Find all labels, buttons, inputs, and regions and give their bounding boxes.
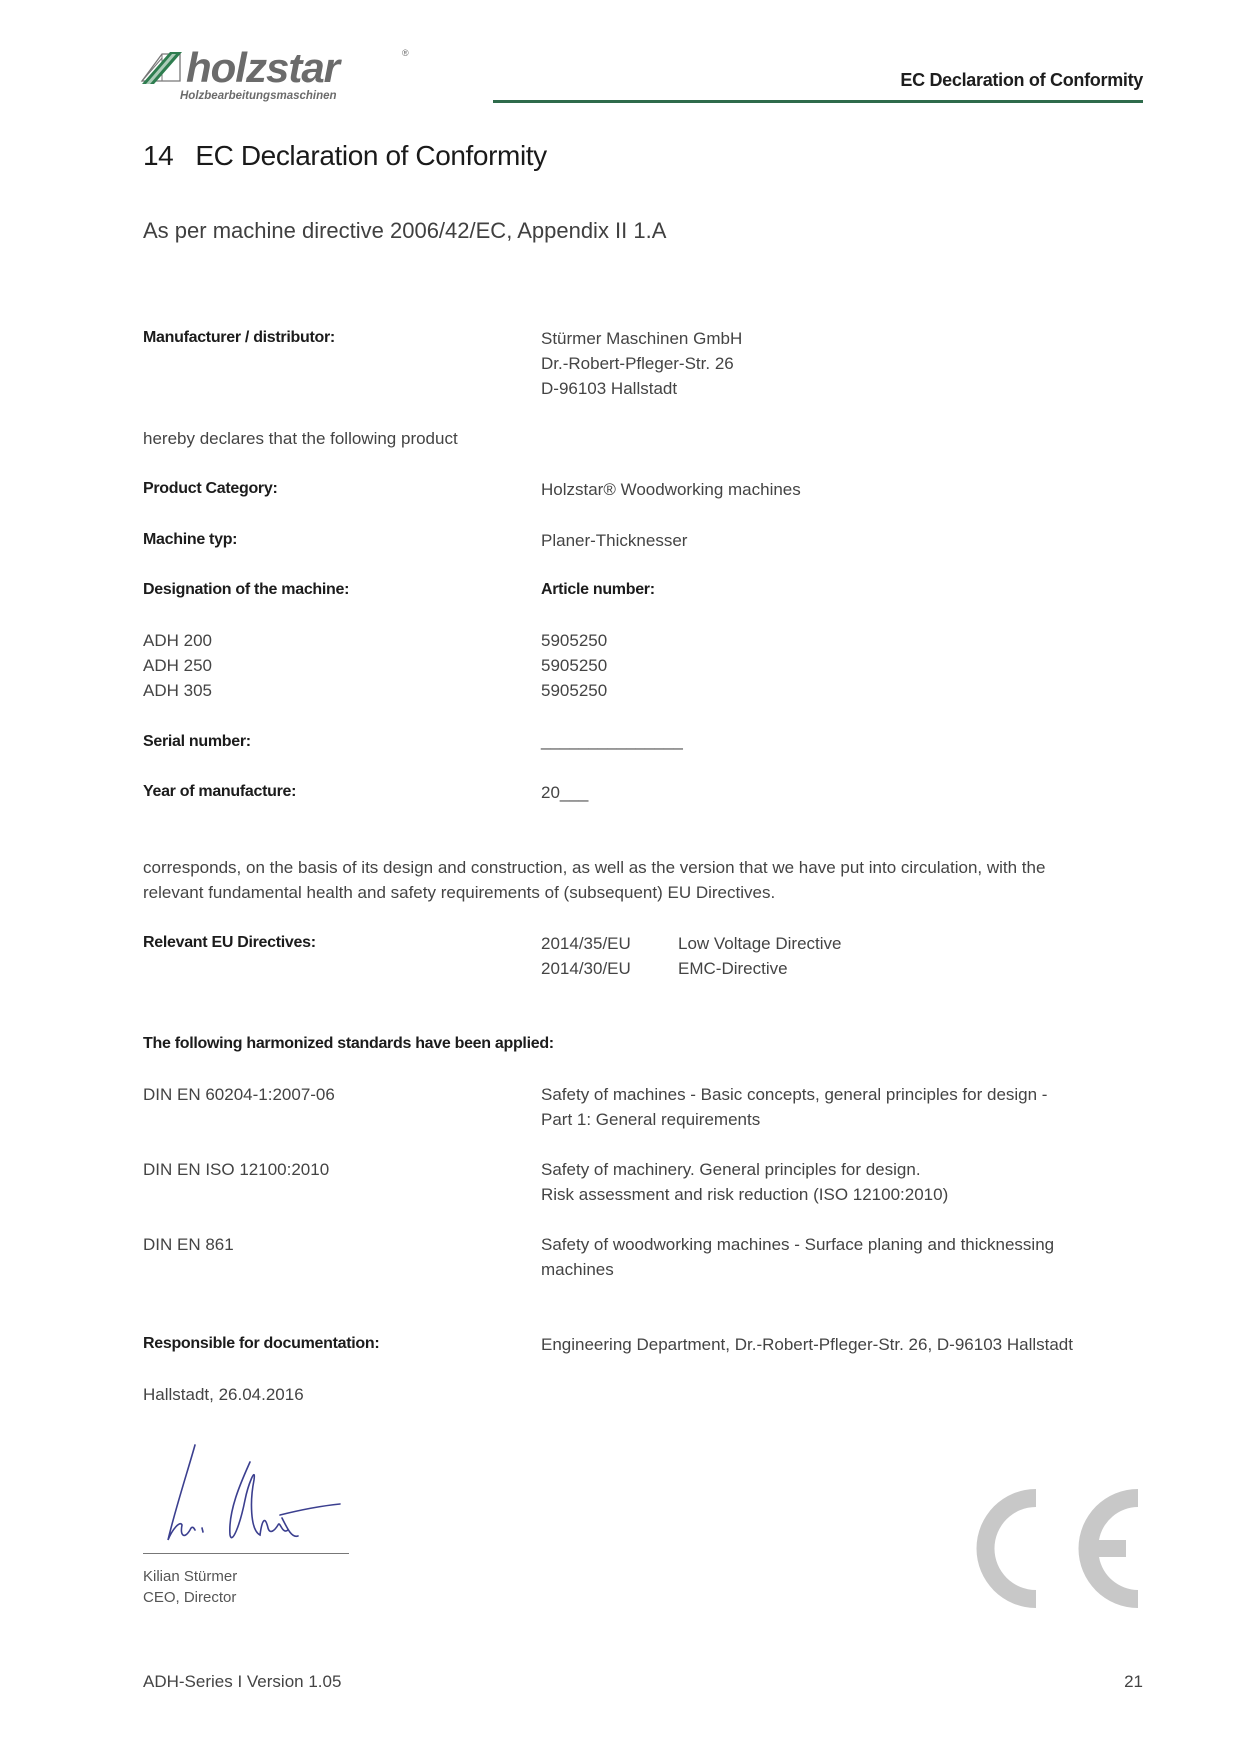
standard-code: DIN EN 60204-1:2007-06 [143, 1082, 335, 1107]
place-date: Hallstadt, 26.04.2016 [143, 1382, 304, 1407]
manufacturer-line: D-96103 Hallstadt [541, 376, 742, 401]
signature-image [150, 1440, 350, 1550]
serial-number-label: Serial number: [143, 733, 251, 751]
standard-description: Safety of woodworking machines - Surface… [541, 1232, 1054, 1282]
standard-line: machines [541, 1257, 1054, 1282]
directives-label: Relevant EU Directives: [143, 934, 316, 952]
machine-designations: ADH 200 ADH 250 ADH 305 [143, 628, 212, 703]
product-category-label: Product Category: [143, 480, 277, 498]
standards-label: The following harmonized standards have … [143, 1035, 554, 1053]
standard-description: Safety of machines - Basic concepts, gen… [541, 1082, 1047, 1132]
standard-description: Safety of machinery. General principles … [541, 1157, 948, 1207]
directive-subtitle: As per machine directive 2006/42/EC, App… [143, 218, 666, 244]
machine-type-value: Planer-Thicknesser [541, 528, 687, 553]
directive-item: 2014/35/EULow Voltage Directive [541, 931, 841, 956]
svg-text:holzstar: holzstar [186, 46, 343, 91]
footer-series: ADH-Series I Version 1.05 [143, 1672, 341, 1692]
responsible-value: Engineering Department, Dr.-Robert-Pfleg… [541, 1332, 1073, 1357]
article-number: 5905250 [541, 678, 607, 703]
directive-item: 2014/30/EUEMC-Directive [541, 956, 841, 981]
year-label: Year of manufacture: [143, 783, 296, 801]
manufacturer-address: Stürmer Maschinen GmbH Dr.-Robert-Pflege… [541, 326, 742, 401]
manufacturer-line: Dr.-Robert-Pfleger-Str. 26 [541, 351, 742, 376]
standard-line: Safety of woodworking machines - Surface… [541, 1232, 1054, 1257]
standard-code: DIN EN ISO 12100:2010 [143, 1157, 329, 1182]
machine-name: ADH 200 [143, 628, 212, 653]
signature-icon [150, 1440, 350, 1550]
article-number: 5905250 [541, 628, 607, 653]
serial-number-field: _______________ [541, 728, 683, 753]
page-title: 14EC Declaration of Conformity [143, 140, 547, 172]
standard-line: Part 1: General requirements [541, 1107, 1047, 1132]
machine-name: ADH 305 [143, 678, 212, 703]
svg-text:®: ® [402, 48, 409, 58]
section-number: 14 [143, 140, 173, 171]
signatory-name: Kilian Stürmer [143, 1566, 237, 1587]
responsible-label: Responsible for documentation: [143, 1335, 379, 1353]
standard-code: DIN EN 861 [143, 1232, 234, 1257]
paragraph-line: corresponds, on the basis of its design … [143, 855, 1143, 880]
page-number: 21 [1124, 1672, 1143, 1692]
signatory-role: CEO, Director [143, 1587, 237, 1608]
signatory: Kilian Stürmer CEO, Director [143, 1566, 237, 1608]
standard-line: Safety of machinery. General principles … [541, 1157, 948, 1182]
declares-text: hereby declares that the following produ… [143, 426, 458, 451]
article-number: 5905250 [541, 653, 607, 678]
ce-logo [968, 1485, 1143, 1612]
designation-label: Designation of the machine: [143, 581, 349, 599]
standard-line: Risk assessment and risk reduction (ISO … [541, 1182, 948, 1207]
manufacturer-line: Stürmer Maschinen GmbH [541, 326, 742, 351]
product-category-value: Holzstar® Woodworking machines [541, 477, 801, 502]
holzstar-logo: holzstar ® Holzbearbeitungsmaschinen [140, 46, 412, 104]
machine-type-label: Machine typ: [143, 531, 237, 549]
logo-graphic: holzstar ® Holzbearbeitungsmaschinen [140, 46, 412, 104]
section-title: EC Declaration of Conformity [195, 140, 546, 171]
ce-mark-icon [968, 1485, 1143, 1612]
article-number-label: Article number: [541, 581, 655, 599]
signature-line [143, 1553, 349, 1554]
svg-text:Holzbearbeitungsmaschinen: Holzbearbeitungsmaschinen [180, 90, 337, 102]
article-numbers: 5905250 5905250 5905250 [541, 628, 607, 703]
running-header-title: EC Declaration of Conformity [900, 70, 1143, 91]
manufacturer-label: Manufacturer / distributor: [143, 329, 335, 347]
directives-list: 2014/35/EULow Voltage Directive 2014/30/… [541, 931, 841, 981]
year-field: 20___ [541, 780, 588, 805]
paragraph-line: relevant fundamental health and safety r… [143, 880, 1143, 905]
corresponds-paragraph: corresponds, on the basis of its design … [143, 855, 1143, 905]
header-rule [493, 100, 1143, 103]
standard-line: Safety of machines - Basic concepts, gen… [541, 1082, 1047, 1107]
machine-name: ADH 250 [143, 653, 212, 678]
